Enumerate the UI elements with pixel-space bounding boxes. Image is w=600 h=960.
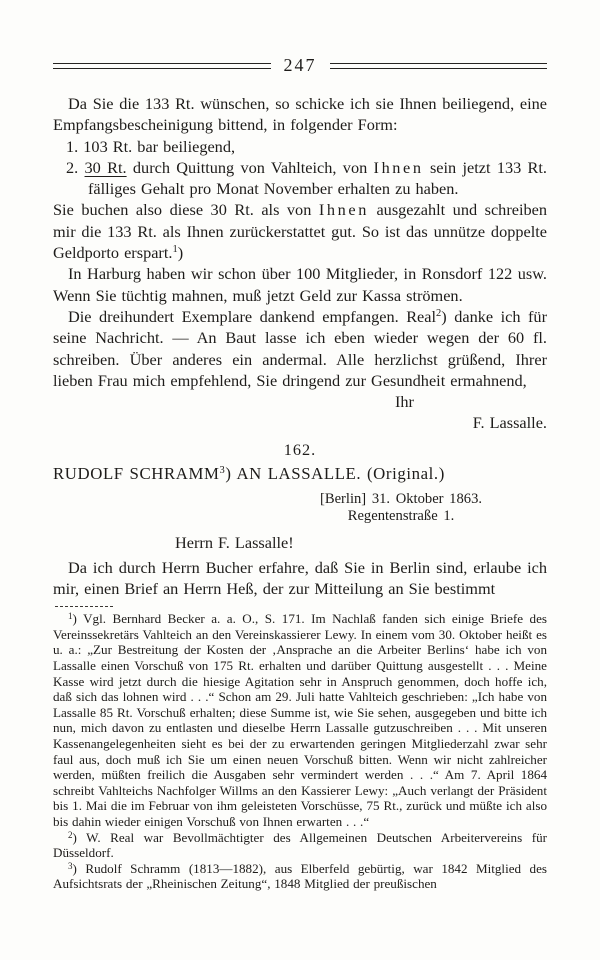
- footnote-reference-paren: ): [178, 243, 183, 262]
- letter1-paragraph-2: Sie buchen also diese 30 Rt. als von Ihn…: [53, 199, 547, 263]
- letter1-paragraph-1: Da Sie die 133 Rt. wünschen, so schicke …: [53, 93, 547, 136]
- letter-title-text: AN LASSALLE. (Original.): [232, 464, 445, 483]
- footnote-3: 3) Rudolf Schramm (1813—1882), aus Elber…: [53, 861, 547, 892]
- header-rule-left: [53, 63, 271, 69]
- letter-signature: F. Lassalle.: [53, 412, 547, 433]
- footnote-1: 1) Vgl. Bernhard Becker a. a. O., S. 171…: [53, 611, 547, 829]
- running-head: 247: [53, 56, 547, 76]
- footnote-text: W. Real war Bevollmächtigter des Allgeme…: [53, 830, 547, 861]
- footnote-text: Rudolf Schramm (1813—1882), aus Elberfel…: [53, 861, 547, 892]
- page-number: 247: [284, 55, 317, 75]
- paragraph-text: Da Sie die 133 Rt. wünschen, so schicke …: [53, 94, 547, 134]
- paragraph-text: Die dreihundert Exemplare dankend empfan…: [68, 307, 436, 326]
- emphasized-word: Ihnen: [374, 158, 424, 177]
- list-marker: 1.: [66, 137, 83, 156]
- letter1-list-item-2: 2. 30 Rt. durch Quittung von Vahlteich, …: [53, 157, 547, 200]
- emphasized-word: Ihnen: [319, 200, 369, 219]
- dateline-place-date: [Berlin] 31. Oktober 1863.: [291, 491, 511, 508]
- paragraph-text: In Harburg haben wir schon über 100 Mitg…: [53, 264, 547, 304]
- letter2-paragraph-1: Da ich durch Herrn Bucher erfahre, daß S…: [53, 557, 547, 600]
- paragraph-text: Sie buchen also diese 30 Rt. als von: [53, 200, 319, 219]
- letter-title-text: RUDOLF SCHRAMM: [53, 464, 220, 483]
- underlined-amount: 30 Rt.: [85, 158, 127, 177]
- paragraph-text: Da ich durch Herrn Bucher erfahre, daß S…: [53, 558, 547, 598]
- letter-closing: Ihr: [395, 391, 547, 412]
- letter-salutation: Herrn F. Lassalle!: [175, 532, 547, 553]
- dateline-street: Regentenstraße 1.: [291, 508, 511, 525]
- footnote-separator: [55, 606, 113, 607]
- letter1-paragraph-3: In Harburg haben wir schon über 100 Mitg…: [53, 263, 547, 306]
- letter-number: 162.: [53, 439, 547, 460]
- dateline: [Berlin] 31. Oktober 1863. Regentenstraß…: [291, 491, 511, 525]
- book-page: 247 Da Sie die 133 Rt. wünschen, so schi…: [0, 0, 600, 960]
- footnote-2: 2) W. Real war Bevollmächtigter des Allg…: [53, 830, 547, 861]
- letter-title: RUDOLF SCHRAMM3) AN LASSALLE. (Original.…: [53, 463, 547, 484]
- list-marker: 2.: [66, 158, 85, 177]
- list-item-text: durch Quittung von Vahlteich, von: [127, 158, 374, 177]
- footnote-text: Vgl. Bernhard Becker a. a. O., S. 171. I…: [53, 611, 547, 829]
- letter1-list-item-1: 1. 103 Rt. bar beiliegend,: [53, 136, 547, 157]
- header-rule-right: [330, 63, 548, 69]
- letter1-paragraph-4: Die dreihundert Exemplare dankend empfan…: [53, 306, 547, 391]
- list-item-text: 103 Rt. bar beiliegend,: [83, 137, 235, 156]
